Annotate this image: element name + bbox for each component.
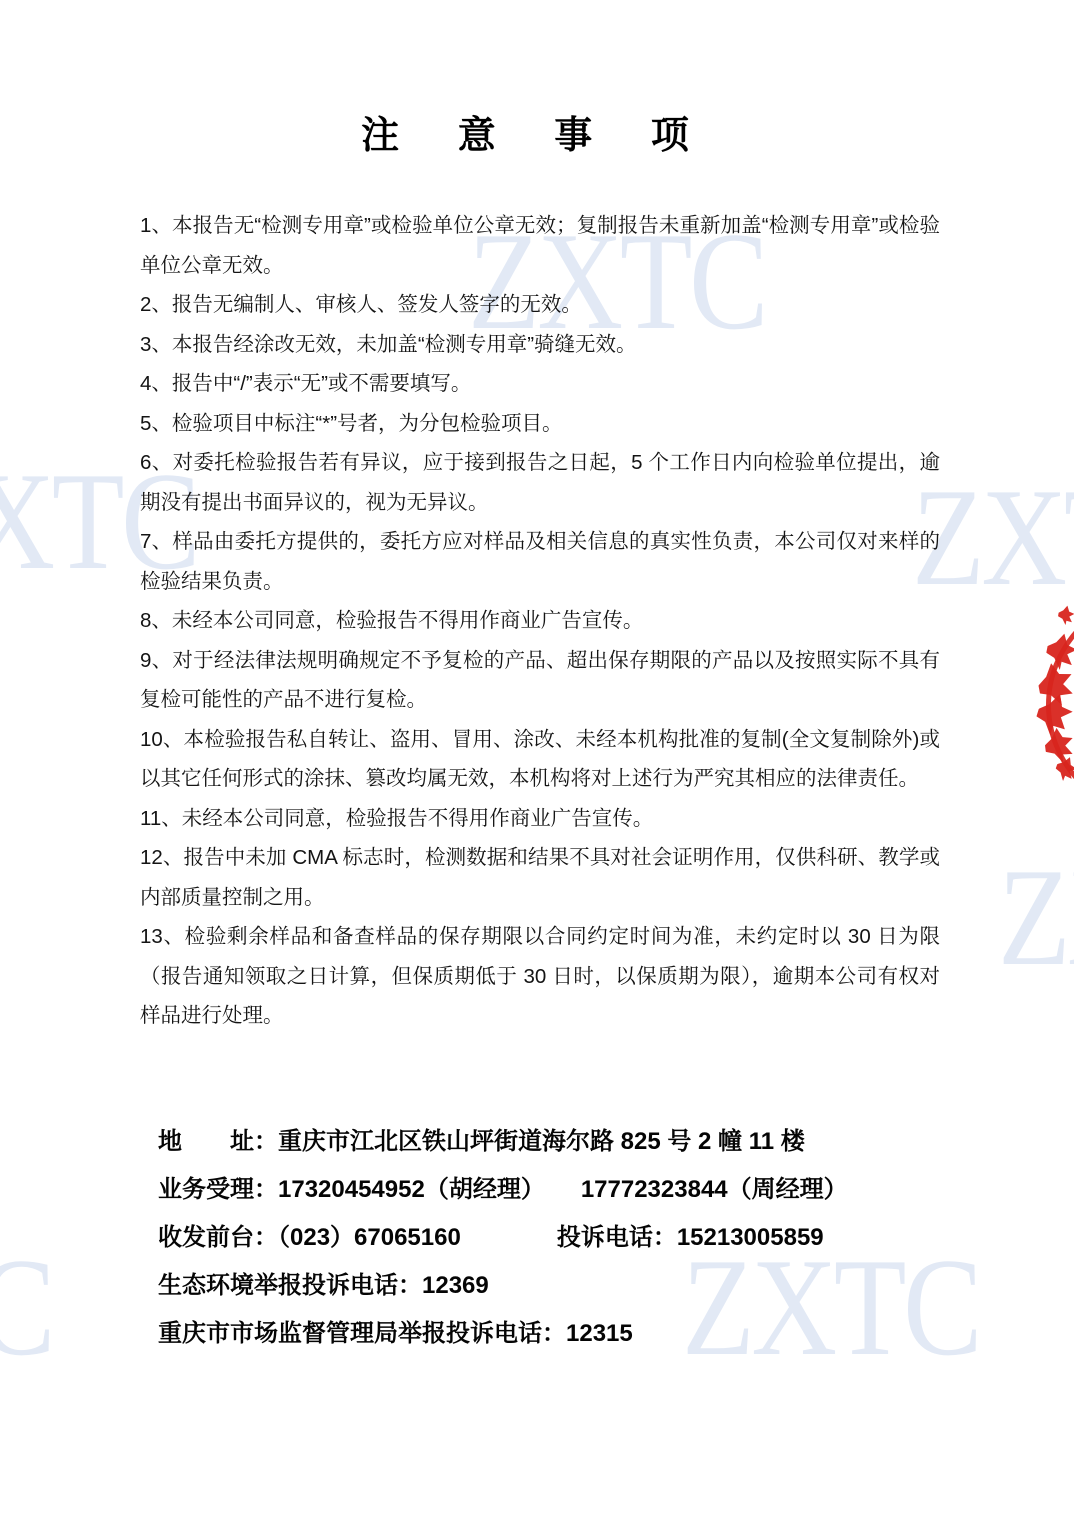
contact-line: 业务受理：17320454952（胡经理） 17772323844（周经理） [158, 1166, 918, 1214]
notice-item: 4、报告中“/”表示“无”或不需要填写。 [140, 364, 940, 404]
notice-item: 13、检验剩余样品和备查样品的保存期限以合同约定时间为准，未约定时以 30 日为… [140, 917, 940, 1036]
notice-item: 11、未经本公司同意，检验报告不得用作商业广告宣传。 [140, 799, 940, 839]
notice-item: 3、本报告经涂改无效，未加盖“检测专用章”骑缝无效。 [140, 325, 940, 365]
page-title: 注 意 事 项 [0, 104, 1074, 159]
zxtc-watermark: ZXTC [0, 1238, 52, 1378]
contact-line: 重庆市市场监督管理局举报投诉电话：12315 [158, 1310, 918, 1358]
contact-line: 生态环境举报投诉电话：12369 [158, 1262, 918, 1310]
notice-item: 12、报告中未加 CMA 标志时，检测数据和结果不具对社会证明作用，仅供科研、教… [140, 838, 940, 917]
zxtc-watermark: ZXTC [998, 848, 1074, 988]
notice-item: 10、本检验报告私自转让、盗用、冒用、涂改、未经本机构批准的复制(全文复制除外)… [140, 720, 940, 799]
contact-block: 地 址：重庆市江北区铁山坪街道海尔路 825 号 2 幢 11 楼 业务受理：1… [158, 1118, 918, 1358]
notice-item: 8、未经本公司同意，检验报告不得用作商业广告宣传。 [140, 601, 940, 641]
contact-line: 地 址：重庆市江北区铁山坪街道海尔路 825 号 2 幢 11 楼 [158, 1118, 918, 1166]
notice-item: 2、报告无编制人、审核人、签发人签字的无效。 [140, 285, 940, 325]
red-seal-stamp [1036, 596, 1074, 826]
notice-item: 9、对于经法律法规明确规定不予复检的产品、超出保存期限的产品以及按照实际不具有复… [140, 641, 940, 720]
contact-line: 收发前台：（023）67065160 投诉电话：15213005859 [158, 1214, 918, 1262]
notice-page: ZXTC ZXTC ZXTC ZXTC ZXTC ZXTC 注 意 事 项 1、… [0, 0, 1074, 1520]
notice-item: 1、本报告无“检测专用章”或检验单位公章无效；复制报告未重新加盖“检测专用章”或… [140, 206, 940, 285]
notice-item: 6、对委托检验报告若有异议，应于接到报告之日起，5 个工作日内向检验单位提出，逾… [140, 443, 940, 522]
notice-list: 1、本报告无“检测专用章”或检验单位公章无效；复制报告未重新加盖“检测专用章”或… [140, 206, 940, 1036]
notice-item: 7、样品由委托方提供的，委托方应对样品及相关信息的真实性负责，本公司仅对来样的检… [140, 522, 940, 601]
notice-item: 5、检验项目中标注“*”号者，为分包检验项目。 [140, 404, 940, 444]
seal-glyph-mark [1056, 605, 1074, 626]
